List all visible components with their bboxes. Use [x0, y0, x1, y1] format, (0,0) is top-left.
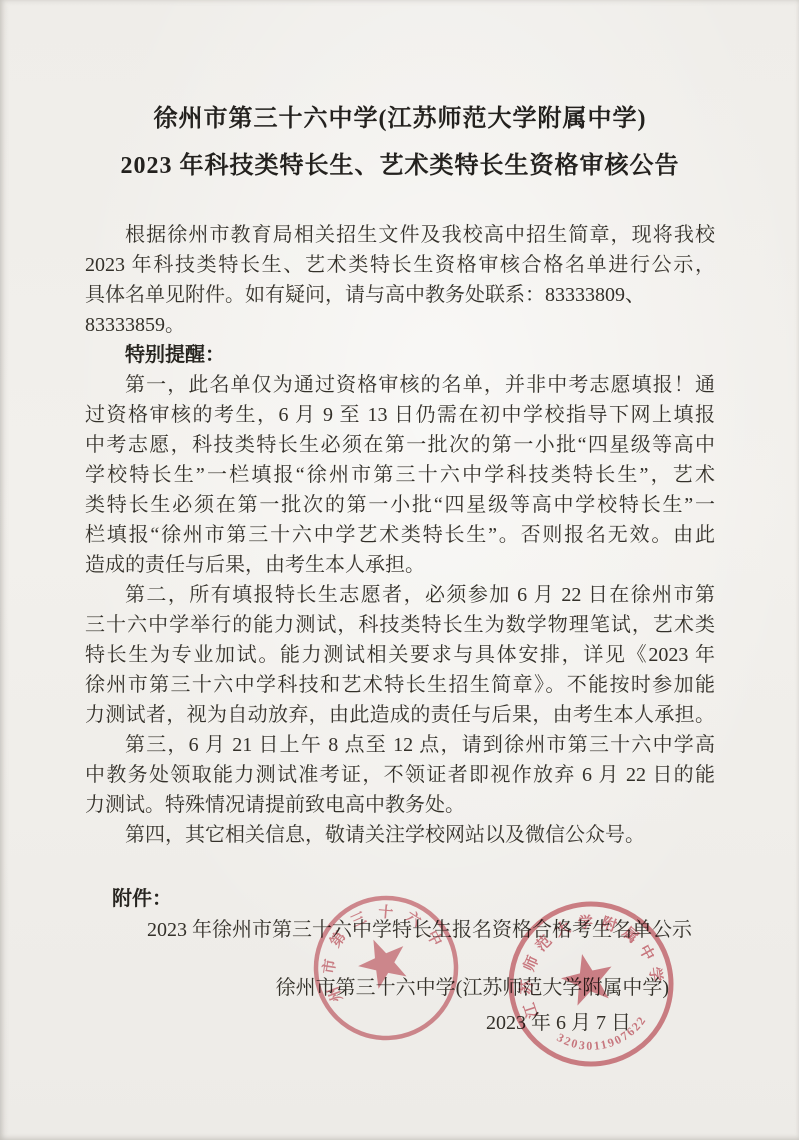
scanned-announcement-page: { "page": { "paper_color": "#f1efeb", "i… — [0, 0, 799, 1140]
body-line: 过资格审核的考生，6 月 9 至 13 日仍需在初中学校指导下网上填报 — [85, 400, 715, 430]
announcement-title: 徐州市第三十六中学(江苏师范大学附属中学) 2023 年科技类特长生、艺术类特长… — [85, 96, 715, 190]
body-line: 学校特长生”一栏填报“徐州市第三十六中学科技类特长生”，艺术 — [85, 460, 715, 490]
title-line-2: 2023 年科技类特长生、艺术类特长生资格审核公告 — [85, 143, 715, 190]
body-line: 特长生为专业加试。能力测试相关要求与具体安排，详见《2023 年 — [85, 640, 715, 670]
body-line: 第一，此名单仅为通过资格审核的名单，并非中考志愿填报！通 — [85, 370, 715, 400]
body-line: 根据徐州市教育局相关招生文件及我校高中招生简章，现将我校 — [85, 220, 715, 250]
body-line: 造成的责任与后果，由考生本人承担。 — [85, 550, 715, 580]
signature-school-name: 徐州市第三十六中学(江苏师范大学附属中学) — [85, 972, 715, 1005]
body-line: 第二，所有填报特长生志愿者，必须参加 6 月 22 日在徐州市第 — [85, 580, 715, 610]
body-line: 徐州市第三十六中学科技和艺术特长生招生简章》。不能按时参加能 — [85, 670, 715, 700]
body-line: 三十六中学举行的能力测试，科技类特长生为数学物理笔试，艺术类 — [85, 610, 715, 640]
body-line: 特别提醒： — [85, 340, 715, 370]
announcement-body: 根据徐州市教育局相关招生文件及我校高中招生简章，现将我校2023 年科技类特长生… — [85, 220, 715, 850]
body-line: 栏填报“徐州市第三十六中学艺术类特长生”。否则报名无效。由此 — [85, 520, 715, 550]
body-line: 力测试者，视为自动放弃，由此造成的责任与后果，由考生本人承担。 — [85, 700, 715, 730]
body-line: 2023 年科技类特长生、艺术类特长生资格审核合格名单进行公示， — [85, 250, 715, 280]
signature-section: 徐州市第三十六中学(江苏师范大学附属中学) 2023 年 6 月 7 日 — [85, 972, 715, 1040]
attachment-label: 附件： — [85, 884, 745, 915]
body-line: 具体名单见附件。如有疑问，请与高中教务处联系：83333809、 — [85, 280, 715, 310]
body-line: 中教务处领取能力测试准考证，不领证者即视作放弃 6 月 22 日的能 — [85, 760, 715, 790]
body-line: 中考志愿，科技类特长生必须在第一批次的第一小批“四星级等高中 — [85, 430, 715, 460]
body-line: 第四，其它相关信息，敬请关注学校网站以及微信公众号。 — [85, 820, 715, 850]
signature-date: 2023 年 6 月 7 日 — [85, 1007, 715, 1040]
body-lines-container: 根据徐州市教育局相关招生文件及我校高中招生简章，现将我校2023 年科技类特长生… — [85, 220, 715, 850]
title-line-1: 徐州市第三十六中学(江苏师范大学附属中学) — [85, 96, 715, 143]
body-line: 力测试。特殊情况请提前致电高中教务处。 — [85, 790, 715, 820]
body-line: 83333859。 — [85, 310, 715, 340]
attachment-item: 2023 年徐州市第三十六中学特长生报名资格合格考生名单公示 — [85, 915, 745, 946]
body-line: 类特长生必须在第一批次的第一小批“四星级等高中学校特长生”一 — [85, 490, 715, 520]
attachment-section: 附件： 2023 年徐州市第三十六中学特长生报名资格合格考生名单公示 — [85, 884, 745, 946]
body-line: 第三，6 月 21 日上午 8 点至 12 点，请到徐州市第三十六中学高 — [85, 730, 715, 760]
